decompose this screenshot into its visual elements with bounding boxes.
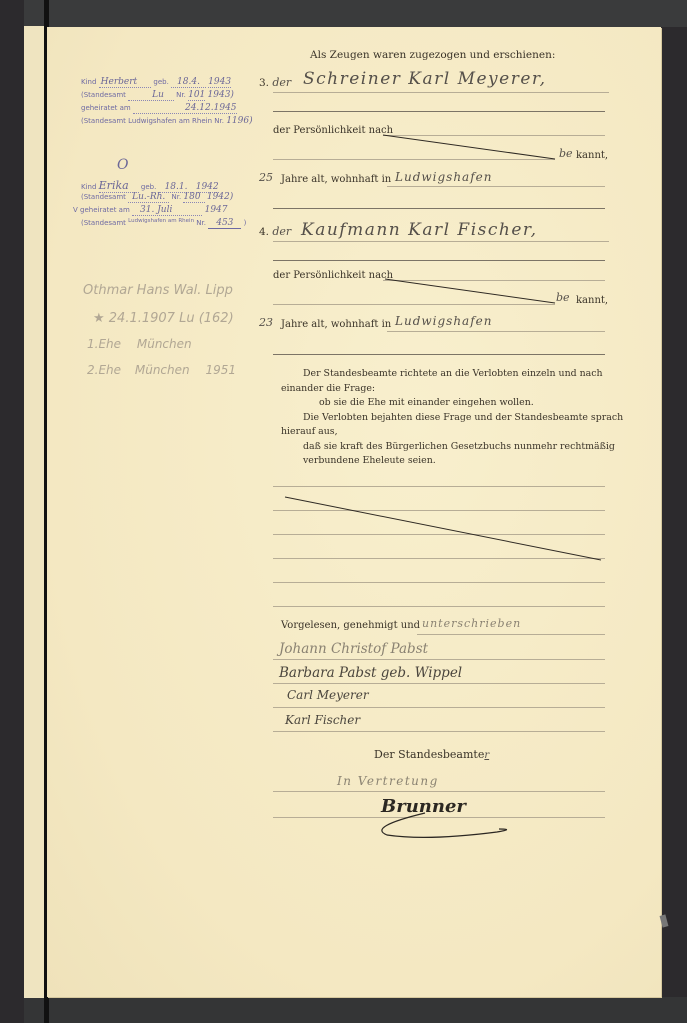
register-page: Kind Herbert geb. 18.4. 1943 (Standesamt… [47,27,661,997]
cancellation-strokes [47,27,661,997]
scan-background-bottom [24,997,687,1023]
scan-background-top [24,0,687,27]
